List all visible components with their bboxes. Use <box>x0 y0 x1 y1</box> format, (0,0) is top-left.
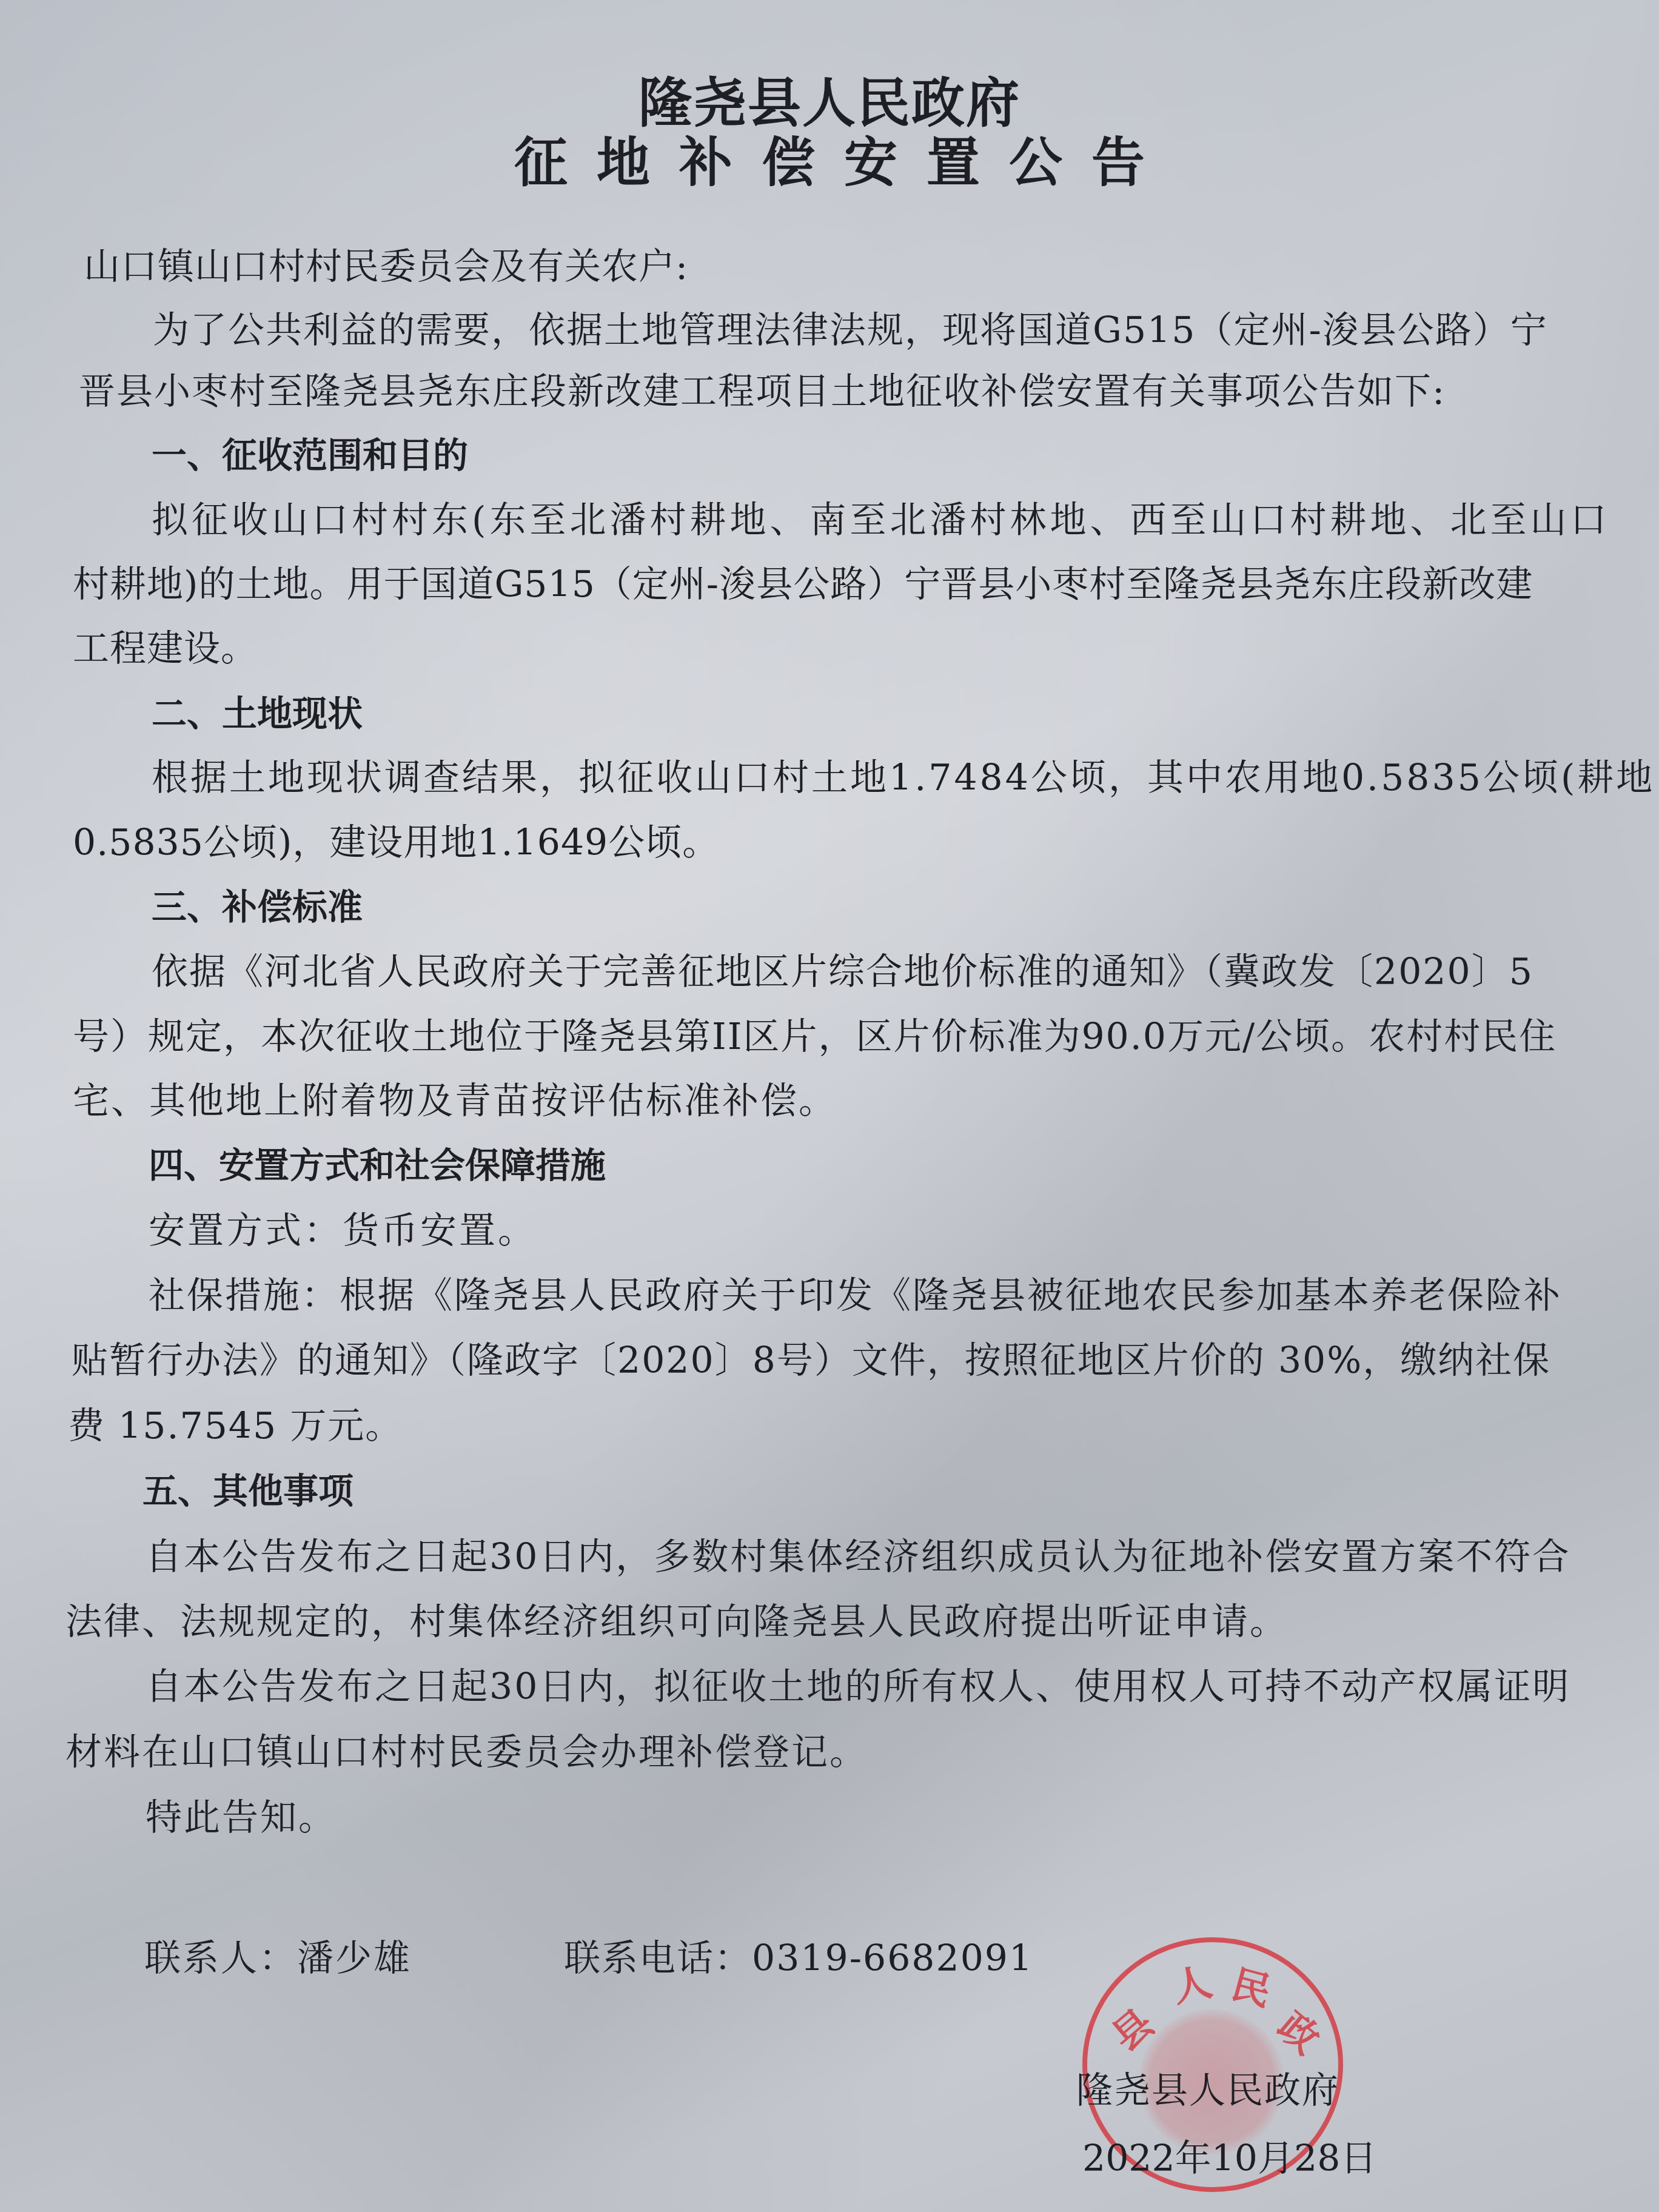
section-5-line-2: 法律、法规规定的，村集体经济组织可向隆尧县人民政府提出听证申请。 <box>65 1604 1288 1640</box>
section-1-line-1: 拟征收山口村村东(东至北潘村耕地、南至北潘村林地、西至山口村耕地、北至山口 <box>152 502 1610 538</box>
section-4-line-1: 安置方式：货币安置。 <box>149 1213 537 1249</box>
contact-phone: 联系电话：0319-6682091 <box>564 1940 1033 1977</box>
section-heading-3: 三、补偿标准 <box>152 890 363 925</box>
section-5-line-4: 材料在山口镇山口村村民委员会办理补偿登记。 <box>65 1734 868 1771</box>
section-5-line-5: 特此告知。 <box>146 1800 337 1836</box>
section-5-line-1: 自本公告发布之日起30日内，多数村集体经济组织成员认为征地补偿安置方案不符合 <box>146 1539 1570 1575</box>
document-title: 征地补偿安置公告 <box>0 120 1659 196</box>
section-3-line-1: 依据《河北省人民政府关于完善征地区片综合地价标准的通知》（冀政发〔2020〕5 <box>152 954 1533 990</box>
intro-line-1: 为了公共利益的需要，依据土地管理法律法规，现将国道G515（定州-浚县公路）宁 <box>153 312 1548 349</box>
section-2-line-2: 0.5835公顷)，建设用地1.1649公顷。 <box>73 825 719 861</box>
signature-date: 2022年10月28日 <box>1082 2140 1376 2177</box>
section-heading-5: 五、其他事项 <box>142 1473 354 1509</box>
section-4-line-4: 费 15.7545 万元。 <box>68 1408 403 1444</box>
contact-person: 联系人：潘少雄 <box>144 1940 412 1977</box>
section-heading-2: 二、土地现状 <box>152 696 363 731</box>
section-heading-4: 四、安置方式和社会保障措施 <box>149 1148 606 1183</box>
salutation: 山口镇山口村村民委员会及有关农户: <box>84 249 688 285</box>
section-2-line-1: 根据土地现状调查结果，拟征收山口村土地1.7484公顷，其中农用地0.5835公… <box>152 760 1655 796</box>
section-1-line-2: 村耕地)的土地。用于国道G515（定州-浚县公路）宁晋县小枣村至隆尧县尧东庄段新… <box>73 566 1533 603</box>
section-5-line-3: 自本公告发布之日起30日内，拟征收土地的所有权人、使用权人可持不动产权属证明 <box>146 1669 1570 1705</box>
section-3-line-3: 宅、其他地上附着物及青苗按评估标准补偿。 <box>73 1083 837 1119</box>
intro-line-2: 晋县小枣村至隆尧县尧东庄段新改建工程项目土地征收补偿安置有关事项公告如下: <box>79 374 1446 410</box>
seal-char: 人 <box>1167 1951 1216 2013</box>
section-3-line-2: 号）规定，本次征收土地位于隆尧县第II区片，区片价标准为90.0万元/公顷。农村… <box>73 1019 1557 1055</box>
section-heading-1: 一、征收范围和目的 <box>152 438 468 473</box>
section-1-line-3: 工程建设。 <box>73 631 258 667</box>
signature-org: 隆尧县人民政府 <box>1076 2073 1339 2109</box>
section-4-line-2: 社保措施：根据《隆尧县人民政府关于印发《隆尧县被征地农民参加基本养老保险补 <box>149 1278 1562 1314</box>
seal-char: 民 <box>1226 1953 1278 2017</box>
section-4-line-3: 贴暂行办法》的通知》（隆政字〔2020〕8号）文件，按照征地区片价的 30%，缴… <box>72 1342 1550 1379</box>
